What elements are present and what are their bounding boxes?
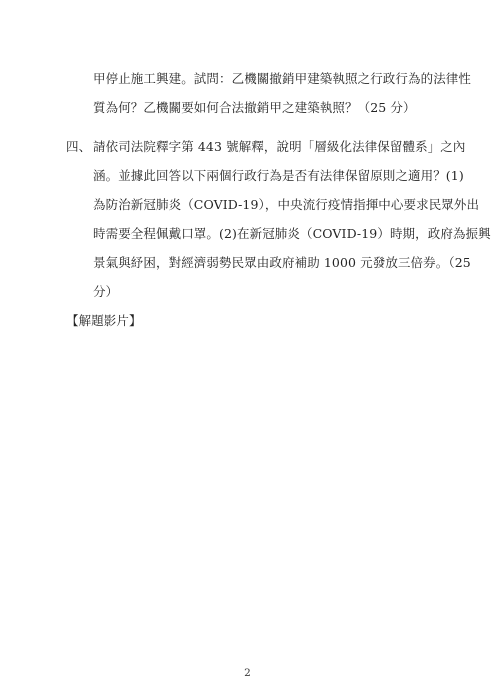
text-line: 請依司法院釋字第 443 號解釋，說明「層級化法律保留體系」之內 xyxy=(93,132,460,161)
text-line: 涵。並據此回答以下兩個行政行為是否有法律保留原則之適用？(1) xyxy=(93,161,460,190)
text-line: 分） xyxy=(93,277,460,306)
question-item-4: 四、 請依司法院釋字第 443 號解釋，說明「層級化法律保留體系」之內 涵。並據… xyxy=(66,132,460,306)
text-line: 時需要全程佩戴口罩。(2)在新冠肺炎（COVID-19）時期，政府為振興 xyxy=(93,219,460,248)
document-body: 甲停止施工興建。試問：乙機關撤銷甲建築執照之行政行為的法律性 質為何？乙機關要如… xyxy=(66,64,460,335)
text-line: 甲停止施工興建。試問：乙機關撤銷甲建築執照之行政行為的法律性 xyxy=(93,64,460,93)
text-line: 為防治新冠肺炎（COVID-19），中央流行疫情指揮中心要求民眾外出 xyxy=(93,190,460,219)
solution-video-label: 【解題影片】 xyxy=(66,306,460,335)
list-marker-4: 四、 xyxy=(66,132,91,161)
text-line: 景氣與紓困，對經濟弱勢民眾由政府補助 1000 元發放三倍券。（25 xyxy=(93,248,460,277)
text-line: 質為何？乙機關要如何合法撤銷甲之建築執照？（25 分） xyxy=(93,93,460,122)
document-page: 甲停止施工興建。試問：乙機關撤銷甲建築執照之行政行為的法律性 質為何？乙機關要如… xyxy=(0,0,495,700)
page-number: 2 xyxy=(0,667,495,679)
paragraph-continuation: 甲停止施工興建。試問：乙機關撤銷甲建築執照之行政行為的法律性 質為何？乙機關要如… xyxy=(93,64,460,122)
